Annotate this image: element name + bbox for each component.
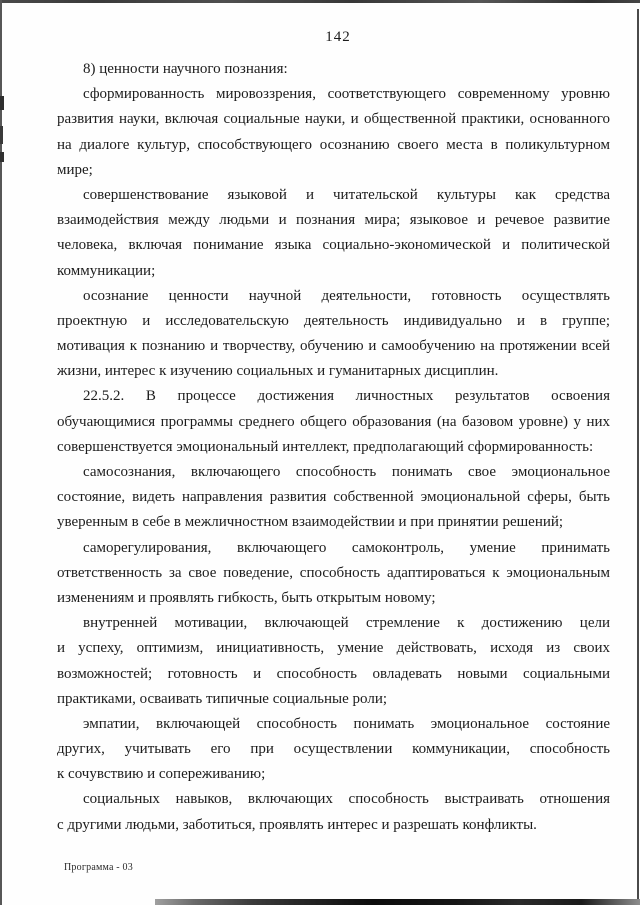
text-line: саморегулирования, включающего самоконтр… — [57, 536, 610, 561]
text-line: совершенствование языковой и читательско… — [57, 183, 610, 208]
paragraph: 8) ценности научного познания: — [57, 57, 610, 82]
scan-edge-right — [637, 9, 639, 905]
text-line: с другими людьми, заботиться, проявлять … — [57, 813, 610, 838]
text-line: и успеху, оптимизм, инициативность, умен… — [57, 636, 610, 661]
text-line: взаимодействия между людьми и познания м… — [57, 208, 610, 233]
text-line: осознание ценности научной деятельности,… — [57, 284, 610, 309]
text-line: 22.5.2. В процессе достижения личностных… — [57, 384, 610, 409]
text-line: социальных навыков, включающих способнос… — [57, 787, 610, 812]
text-line: проектную и исследовательскую деятельнос… — [57, 309, 610, 334]
text-line: мотивация к познанию и творчеству, обуче… — [57, 334, 610, 359]
text-line: коммуникации; — [57, 259, 610, 284]
text-line: ответственность за свое поведение, спосо… — [57, 561, 610, 586]
text-line: на диалоге культур, способствующего осоз… — [57, 133, 610, 158]
paragraph: внутренней мотивации, включающей стремле… — [57, 611, 610, 712]
text-line: уверенным в себе в межличностном взаимод… — [57, 510, 610, 535]
text-line: изменениям и проявлять гибкость, быть от… — [57, 586, 610, 611]
text-line: к сочувствию и сопереживанию; — [57, 762, 610, 787]
scan-edge-mark — [0, 96, 4, 110]
scan-edge-top — [0, 0, 640, 3]
text-line: других, учитывать его при осуществлении … — [57, 737, 610, 762]
text-line: человека, включая понимание языка социал… — [57, 233, 610, 258]
paragraph: саморегулирования, включающего самоконтр… — [57, 536, 610, 612]
document-body: 8) ценности научного познания:сформирова… — [57, 57, 610, 838]
text-line: жизни, интерес к изучению социальных и г… — [57, 359, 610, 384]
paragraph: осознание ценности научной деятельности,… — [57, 284, 610, 385]
paragraph: 22.5.2. В процессе достижения личностных… — [57, 384, 610, 460]
text-line: совершенствуется эмоциональный интеллект… — [57, 435, 610, 460]
paragraph: социальных навыков, включающих способнос… — [57, 787, 610, 837]
scan-edge-bottom — [155, 899, 640, 905]
paragraph: совершенствование языковой и читательско… — [57, 183, 610, 284]
footer-label: Программа - 03 — [64, 862, 133, 873]
text-line: самосознания, включающего способность по… — [57, 460, 610, 485]
text-line: возможностей; готовность и способность о… — [57, 662, 610, 687]
text-line: практиками, осваивать типичные социальны… — [57, 687, 610, 712]
text-line: 8) ценности научного познания: — [57, 57, 610, 82]
paragraph: самосознания, включающего способность по… — [57, 460, 610, 536]
document-page: 142 8) ценности научного познания:сформи… — [0, 0, 640, 905]
paragraph: эмпатии, включающей способность понимать… — [57, 712, 610, 788]
text-line: мире; — [57, 158, 610, 183]
paragraph: сформированность мировоззрения, соответс… — [57, 82, 610, 183]
scan-edge-mark — [0, 152, 4, 162]
page-number: 142 — [18, 29, 640, 46]
scan-edge-mark — [0, 126, 3, 144]
text-line: эмпатии, включающей способность понимать… — [57, 712, 610, 737]
text-line: внутренней мотивации, включающей стремле… — [57, 611, 610, 636]
text-line: обучающимися программы среднего общего о… — [57, 410, 610, 435]
text-line: состояние, видеть направления развития с… — [57, 485, 610, 510]
text-line: сформированность мировоззрения, соответс… — [57, 82, 610, 107]
text-line: развития науки, включая социальные науки… — [57, 107, 610, 132]
